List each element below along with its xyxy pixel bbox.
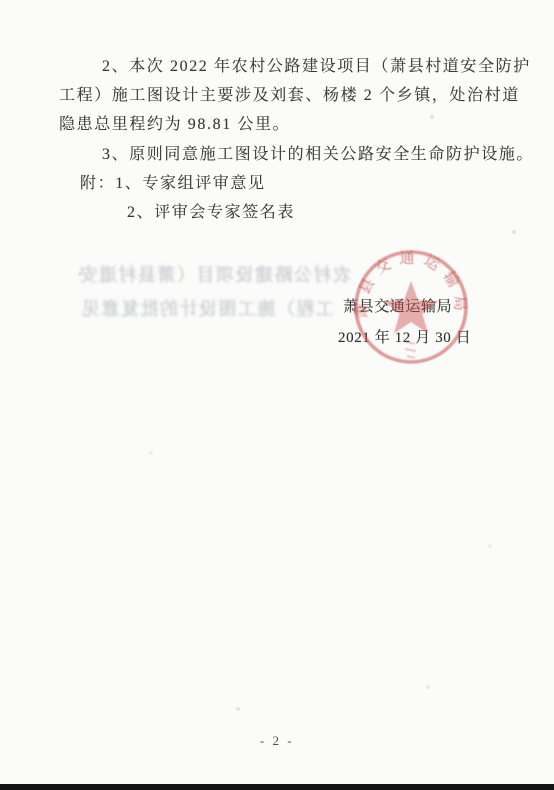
scanned-document-page: 农村公路建设项目（萧县村道安 工程）施工图设计的批复意见 2、本次 2022 年… — [0, 0, 554, 790]
attachment-line-2: 2、评审会专家签名表 — [127, 199, 295, 222]
scan-edge-strip — [0, 784, 554, 790]
signature-organization: 萧县交通运输局 — [343, 295, 452, 316]
attachment-line-1: 附：1、专家组评审意见 — [80, 170, 266, 193]
page-number: - 2 - — [0, 733, 554, 749]
bleedthrough-ghost-line-2: 工程）施工图设计的批复意见 — [81, 295, 334, 321]
body-line-1: 2、本次 2022 年农村公路建设项目（萧县村道安全防护 — [102, 53, 531, 76]
scan-noise-specks — [0, 0, 2, 2]
signature-date: 2021 年 12 月 30 日 — [338, 326, 471, 347]
body-line-4: 3、原则同意施工图设计的相关公路安全生命防护设施。 — [102, 141, 534, 164]
body-line-3: 隐患总里程约为 98.81 公里。 — [59, 111, 290, 134]
body-line-2: 工程）施工图设计主要涉及刘套、杨楼 2 个乡镇，处治村道 — [59, 82, 520, 105]
bleedthrough-ghost-line-1: 农村公路建设项目（萧县村道安 — [83, 261, 351, 287]
